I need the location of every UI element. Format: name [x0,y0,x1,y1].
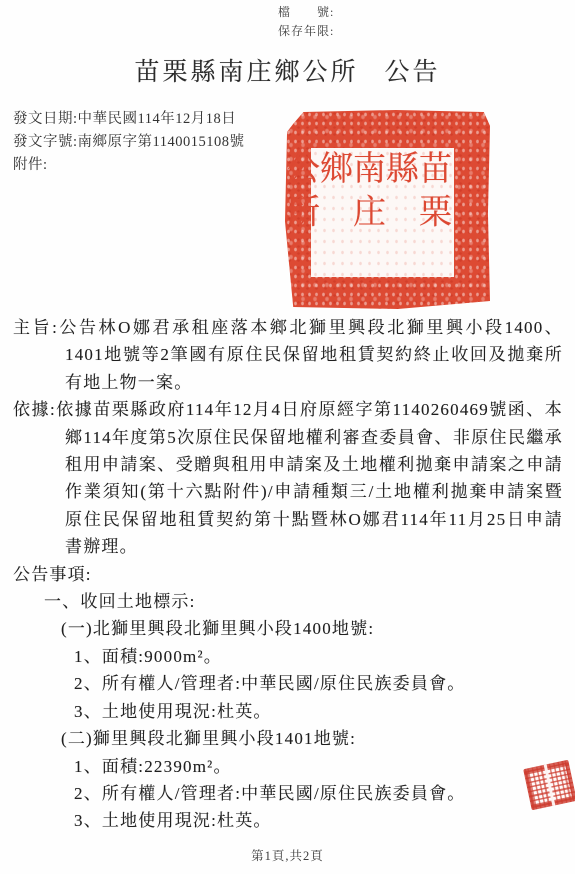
announcement-item-one: 一、收回土地標示: [44,588,563,615]
reference-number-value: 南鄉原字第1140015108號 [78,134,245,150]
seal-column-right: 苗栗縣 [382,150,448,276]
official-seal-face: 苗栗縣 南庄鄉 公所印 [311,148,454,277]
file-number-label: 檔 號: [278,3,334,22]
parcel-2-heading: (二)獅里興段北獅里興小段1401地號: [61,725,563,752]
basis-text: 依據苗栗縣政府114年12月4日府原經字第1140260469號函、本鄉114年… [56,400,563,556]
seal-column-middle: 南庄鄉 [316,150,382,276]
parcel-2-detail-area: 1、面積:22390m²。 [74,753,563,780]
issue-date-line: 發文日期:中華民國114年12月18日 [13,108,245,131]
subject-text: 公告林O娜君承租座落本鄉北獅里興段北獅里興小段1400、1401地號等2筆國有原… [58,318,563,392]
meta-block: 發文日期:中華民國114年12月18日 發文字號:南鄉原字第1140015108… [13,108,245,177]
document-type: 公告 [385,59,441,86]
basis-label: 依據: [13,400,56,419]
issue-date-value: 中華民國114年12月18日 [78,111,237,127]
parcel-1-detail-landuse: 3、土地使用現況:杜英。 [74,698,563,725]
attachment-line: 附件: [13,154,245,177]
basis-paragraph: 依據:依據苗栗縣政府114年12月4日府原經字第1140260469號函、本鄉1… [13,396,563,560]
subject-paragraph: 主旨:公告林O娜君承租座落本鄉北獅里興段北獅里興小段1400、1401地號等2筆… [13,314,563,396]
parcel-1-heading: (一)北獅里興段北獅里興小段1400地號: [61,615,563,642]
reference-number-line: 發文字號:南鄉原字第1140015108號 [13,131,245,154]
parcel-2-detail-landuse: 3、土地使用現況:杜英。 [74,807,563,834]
subject-label: 主旨: [13,318,58,337]
issue-date-label: 發文日期: [13,111,78,127]
official-seal: 苗栗縣 南庄鄉 公所印 [285,110,490,309]
corner-stamp [523,760,575,811]
page-number-footer: 第1頁,共2頁 [0,846,575,864]
archive-block: 檔 號: 保存年限: [278,3,334,41]
document-title: 苗栗縣南庄鄉公所公告 [0,52,575,88]
parcel-1-detail-area: 1、面積:9000m²。 [74,643,563,670]
parcel-2-detail-owner: 2、所有權人/管理者:中華民國/原住民族委員會。 [74,780,563,807]
issuing-office: 苗栗縣南庄鄉公所 [134,59,358,86]
announcement-heading: 公告事項: [13,561,563,588]
reference-number-label: 發文字號: [13,134,78,150]
parcel-1-detail-owner: 2、所有權人/管理者:中華民國/原住民族委員會。 [74,670,563,697]
seal-column-left: 公所印 [250,150,316,276]
retention-period-label: 保存年限: [278,22,334,41]
scanned-announcement-page: 檔 號: 保存年限: 苗栗縣南庄鄉公所公告 發文日期:中華民國114年12月18… [0,0,575,874]
attachment-label: 附件: [13,157,48,173]
document-body: 主旨:公告林O娜君承租座落本鄉北獅里興段北獅里興小段1400、1401地號等2筆… [13,314,563,835]
